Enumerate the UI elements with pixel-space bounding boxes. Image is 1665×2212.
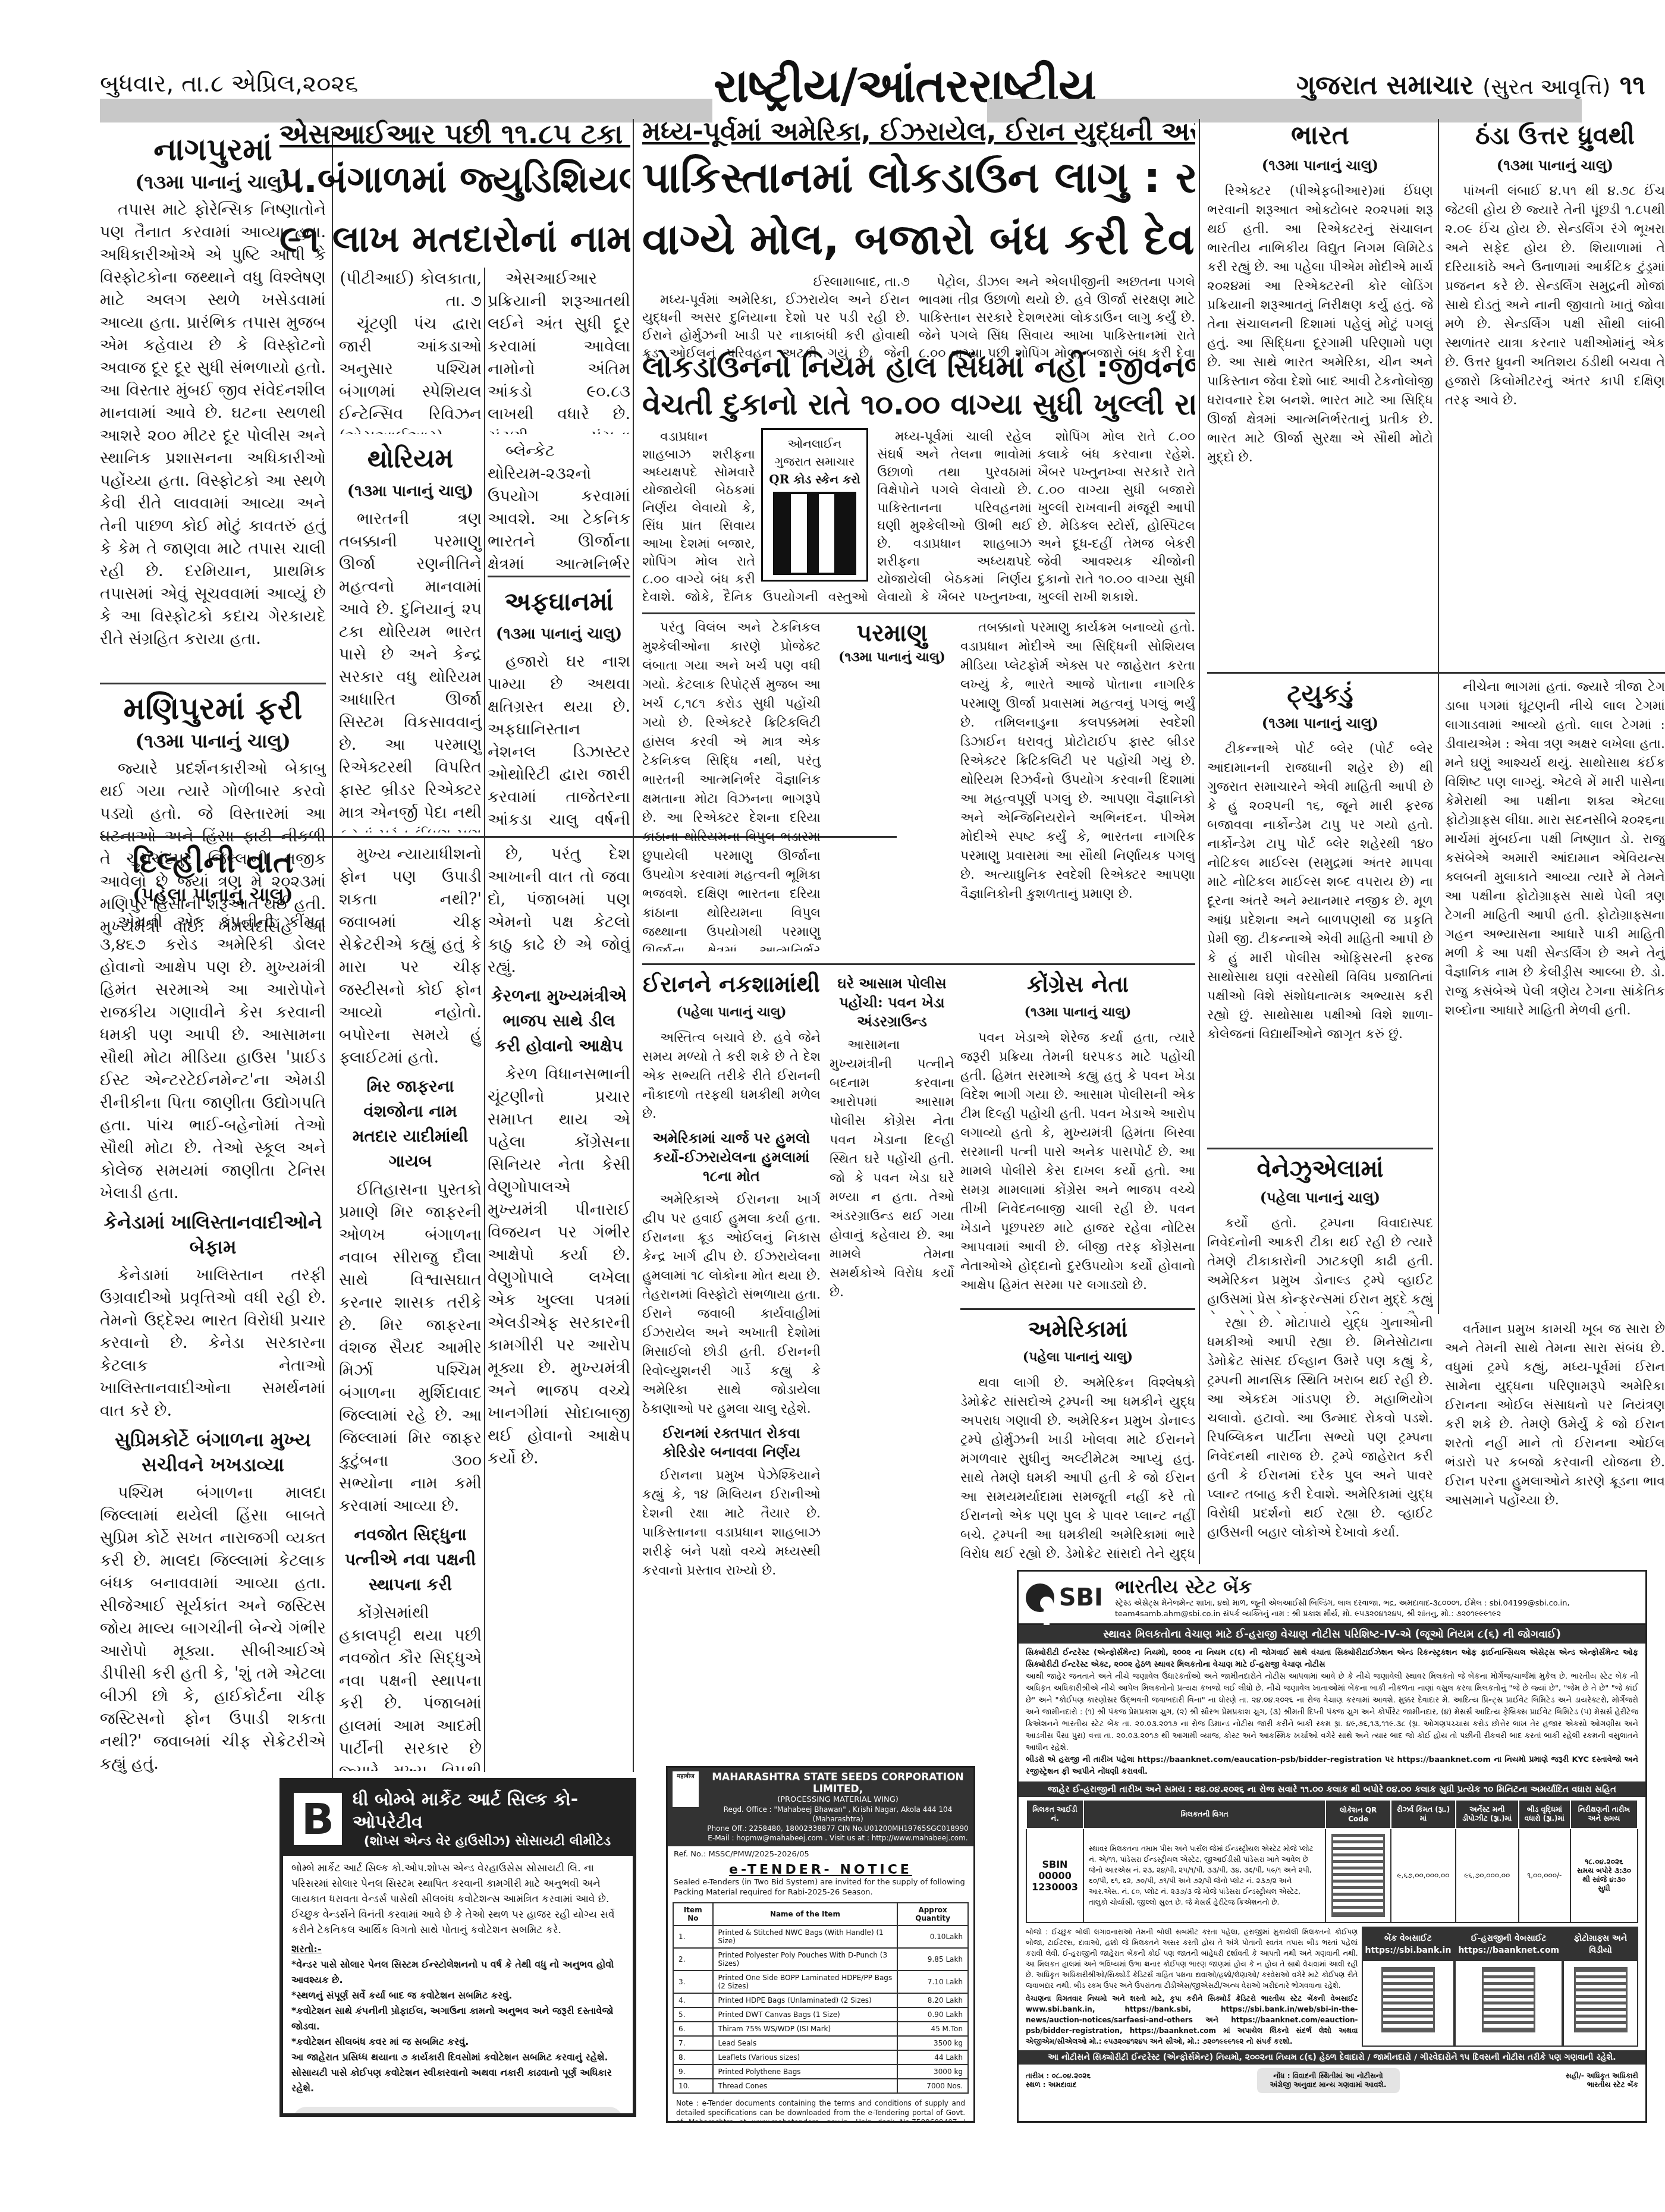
ad-subtitle: (શોપ્સ એન્ડ વેર હાઉસીઝ) સોસાયટી લીમીટેડ xyxy=(353,1834,622,1849)
ad-intro: બોમ્બે માર્કેટ આર્ટ સિલ્ક કો.ઓપ.શોપ્સ એન… xyxy=(291,1861,624,1938)
article-body: પવન ખેડાએ શેરેજ કર્યા હતા, ત્યારે જરૂરી … xyxy=(960,1029,1195,1295)
link-label: ઈ-હરાજીની વેબસાઈટ xyxy=(1458,1933,1559,1944)
item-no: 2. xyxy=(673,1948,713,1971)
subheading: મિર જાફરના વંશજોના નામ મતદાર યાદીમાંથી ગ… xyxy=(339,1074,482,1174)
continuation-label: (પહેલા પાનાનું ચાલુ) xyxy=(642,999,821,1025)
item-no: 7. xyxy=(673,2036,713,2050)
article-afghan: અફઘાનમાં (૧૩મા પાનાનું ચાલુ) હજારો ઘર ના… xyxy=(488,583,630,832)
item-qty: 0.10Lakh xyxy=(897,1925,968,1948)
pakistan-headline-1: પાકિસ્તાનમાં લોકડાઉન લાગુ : રાતે ૮ xyxy=(642,146,1195,208)
item-name: Printed Polythene Bags xyxy=(713,2065,898,2079)
table-row: 5.Printed DWT Canvas Bags (1 Size)0.90 L… xyxy=(673,2007,968,2022)
item-no: 8. xyxy=(673,2050,713,2065)
continuation-label: (પહેલા પાનાનું ચાલુ) xyxy=(960,1344,1195,1370)
subheading: કેરળના મુખ્યમંત્રીએ ભાજપ સાથે ડીલ કરી હો… xyxy=(488,984,630,1058)
bank-address: સ્ટ્રેસ્ડ એસેટ્સ મેનેજમેન્ટ શાખા, ૪થો મા… xyxy=(1115,1598,1638,1620)
article-body: પાંખની લંબાઈ ૪.૫૧ થી ૪.૭૮ ઈંચ જેટલી હોય … xyxy=(1445,182,1665,410)
office-address: Regd. Office : "Mahabeej Bhawan" , Krish… xyxy=(707,1805,969,1824)
article-body: આસામના મુખ્યમંત્રીની પત્નીને બદનામ કરવાન… xyxy=(830,1036,954,1302)
fifteen-day-notice-banner: આ નોટીસને સિક્યોરીટી ઈન્ટરેસ્ટ (એન્ફોર્સ… xyxy=(1019,2050,1645,2065)
divider xyxy=(642,612,1195,614)
term-item: *કવોટેશન સીલબંધ કવર માં જ સબમિટ કરવું. xyxy=(291,2034,624,2050)
auction-date-banner: જાહેર ઈ-હરાજીની તારીખ અને સમય : ૨૪.૦૪.૨૦… xyxy=(1019,1781,1645,1797)
continuation-label: (૧૩મા પાનાનું ચાલુ) xyxy=(339,478,482,504)
property-table: મિલકત આઈડી નં. મિલકતની વિગત લોકેશન QR Co… xyxy=(1026,1799,1638,1923)
item-qty: 3000 kg xyxy=(897,2065,968,2079)
ad-header: SBI ભારતીય સ્ટેટ બેંક સ્ટ્રેસ્ડ એસેટ્સ મ… xyxy=(1019,1572,1645,1625)
article-kerala: છે, પરંતુ દેશ આખાની વાત તો જવા દો, પંજાબ… xyxy=(488,843,630,1771)
subheading: નવજોત સિદ્ધુના પત્નીએ નવા પક્ષની સ્થાપના… xyxy=(339,1522,482,1597)
ad-title: ધી બોમ્બે માર્કેટ આર્ટ સિલ્ક કો-ઓપરેટીવ xyxy=(353,1789,622,1834)
item-qty: 9.85 Lakh xyxy=(897,1948,968,1971)
article-body: કેરળ વિધાનસભાની ચૂંટણીનો પ્રચાર સમાપ્ત થ… xyxy=(488,1063,630,1470)
eauction-website-link[interactable]: ઈ-હરાજીની વેબસાઈટhttps://baanknet.com xyxy=(1454,1927,1563,2047)
notice-date: તારીખ : ૦૮.૦૪.૨૦૨૬ xyxy=(1026,2072,1091,2081)
article-body: ઈરાનના પ્રમુખ પેઝેશ્કિયાને કહ્યું કે, ૧૪… xyxy=(642,1466,821,1581)
bengal-body-left: (પીટીઆઈ) કોલકાતા, તા. ૭ ચૂંટણી પંચ દ્વાર… xyxy=(339,268,482,434)
article-venezuela-cont: વર્તમાન પ્રમુખ કામચી ખૂબ જ સારા છે અને ત… xyxy=(1445,1320,1665,1564)
pakistan-subhead-1: લોકડાઉનનો નિયમ હાલ સિંધમાં નહીં :જીવનજરૂ… xyxy=(642,348,1195,386)
term-item: *કવોટેશન સાથે કંપનીની પ્રોફાઈલ, અગાઉના ક… xyxy=(291,2003,624,2034)
term-item: સોસાયટી પાસે કોઈપણ કવોટેશન સ્વીકારવાનો અ… xyxy=(291,2065,624,2096)
ad-footer: તારીખ : ૦૮.૦૪.૨૦૨૬ સ્થળ : અમદાવાદ નોંધ :… xyxy=(1019,2065,1645,2097)
table-row: 6.Thiram 75% WS/WDP (ISI Mark)45 M.Ton xyxy=(673,2022,968,2036)
link-url: https://sbi.bank.in xyxy=(1365,1944,1452,1956)
col-quantity: Approx Quantity xyxy=(897,1903,968,1925)
article-title: અફઘાનમાં xyxy=(488,583,630,621)
property-id: SBIN 00000 1230003 xyxy=(1026,1828,1083,1922)
article-body: છે, પરંતુ દેશ આખાની વાત તો જવા દો, પંજાબ… xyxy=(488,843,630,979)
pakistan-headline-2: વાગ્યે મોલ, બજારો બંધ કરી દેવા આદેશ xyxy=(642,208,1195,270)
notice-banner: સ્થાવર મિલકતોના વેચાણ માટે ઈ-હરાજી વેચાણ… xyxy=(1019,1625,1645,1644)
col-description: મિલકતની વિગત xyxy=(1083,1800,1325,1828)
article-body: કેનેડામાં ખાલિસ્તાન તરફી ઉગ્રવાદીઓ પ્રવૃ… xyxy=(100,1264,326,1422)
item-qty: 44 Lakh xyxy=(897,2050,968,2065)
item-no: 6. xyxy=(673,2022,713,2036)
link-label: ફોટોગ્રાફ્સ અને વિડીયો xyxy=(1566,1933,1635,1956)
article-north-pole: ઠંડા ઉત્તર ધ્રુવથી (૧૩મા પાનાનું ચાલુ) પ… xyxy=(1445,119,1665,666)
article-body: ટીકન્નાએ પોર્ટ બ્લેર (પોર્ટ બ્લેર આંદામા… xyxy=(1207,740,1433,1044)
notice-title: e-TENDER- NOTICE xyxy=(668,1862,973,1877)
item-qty: 7000 Nos. xyxy=(897,2079,968,2093)
article-body: અસ્તિત્વ બચાવે છે. હવે જેને સમય મળ્યો તે… xyxy=(642,1029,821,1124)
bid-increment: ૧,૦૦,૦૦૦/- xyxy=(1519,1828,1570,1922)
table-row: 9.Printed Polythene Bags3000 kg xyxy=(673,2065,968,2079)
col-bid-increment: બીડ વૃદ્ધિમાં વધારો (રૂા.)માં xyxy=(1519,1800,1570,1828)
article-body: ચૂંટણી પંચ દ્વારા જારી આંકડાઓ અનુસાર પશ્… xyxy=(339,313,482,434)
bombay-market-logo-icon: B xyxy=(294,1793,342,1845)
company-name: MAHARASHTRA STATE SEEDS CORPORATION LIMI… xyxy=(707,1771,969,1795)
item-name: Lead Seals xyxy=(713,2036,898,2050)
bengal-headline-2: ૯૧ લાખ મતદારોનાં નામ દૂર કરાયા xyxy=(279,209,630,269)
table-row: 2.Printed Polyester Poly Pouches With D-… xyxy=(673,1948,968,1971)
article-body: શોપિંગ મોલ રાતે ૮.૦૦ કલાકે બંધ કરવાના રહ… xyxy=(1038,428,1195,607)
notice-subhead: સિક્યોરીટી ઈન્ટરેસ્ટ (એન્ફોર્સમેન્ટ) નિય… xyxy=(1026,1647,1638,1671)
sbi-logo-icon: SBI xyxy=(1026,1580,1103,1616)
article-body: ઈતિહાસના પુસ્તકો પ્રમાણે મિર જાફરની ઓળખ … xyxy=(339,1179,482,1517)
notice-place: સ્થળ : અમદાવાદ xyxy=(1026,2081,1091,2090)
item-no: 10. xyxy=(673,2079,713,2093)
continuation-label: (૧૩મા પાનાનું ચાલુ) xyxy=(100,728,326,754)
article-title: વેનેઝુએલામાં xyxy=(1207,1154,1433,1184)
qr-code-icon xyxy=(1331,1834,1385,1917)
translation-note: નોંધ : વિવાદની સ્થિતીમાં આ નોટીસનો અંગ્ર… xyxy=(1257,2068,1400,2093)
subheading: ઈરાનમાં રક્તપાત રોકવા કોરિડોર બનાવવા નિર… xyxy=(642,1424,821,1462)
col-item-no: Item No xyxy=(673,1903,713,1925)
notice-intro: Sealed e-Tenders (in Two Bid System) are… xyxy=(668,1877,973,1902)
article-body: એમની એક કંપનીની કીંમત ૩,૪૬૭ કરોડ અમેરિકી… xyxy=(100,911,326,1205)
address-line-1: જૂની બોમ્બે માર્કેટ ઓફિસ, ઉમરવાડા, સ્મીમ… xyxy=(301,2115,615,2117)
article-pawan-khera: ઘરે આસામ પોલીસ પહોંચી: પવન ખેડા અંડરગ્રા… xyxy=(830,969,954,1766)
item-no: 9. xyxy=(673,2065,713,2079)
bombay-market-ad: B ધી બોમ્બે માર્કેટ આર્ટ સિલ્ક કો-ઓપરેટી… xyxy=(279,1778,636,2117)
article-title: ટ્યુકડું xyxy=(1207,678,1433,710)
subheading: અમેરિકામાં ચાર્જ પર હુમલો કર્યો-ઈઝરાયેલન… xyxy=(642,1129,821,1186)
article-title: ઈરાનને નકશામાંથી xyxy=(642,969,821,999)
tender-note: Note : e-Tender documents containing the… xyxy=(668,2094,973,2123)
sbi-logo-text: SBI xyxy=(1059,1584,1103,1611)
terms-section: બોજો : ઈચ્છુક બોલી લગાવનારાઓ તેમની બોલી … xyxy=(1026,1927,1358,2047)
divider xyxy=(642,963,1195,965)
item-no: 5. xyxy=(673,2007,713,2022)
continuation-label: (૧૩મા પાનાનું ચાલુ) xyxy=(830,648,954,666)
ad-header: महाबीज MAHARASHTRA STATE SEEDS CORPORATI… xyxy=(668,1768,973,1846)
subheading: સુપ્રિમકોર્ટે બંગાળના મુખ્ય સચીવને ખખડાવ… xyxy=(100,1427,326,1477)
inspection-time: ૧૮.૦૪.૨૦૨૬ સમય બપોરે ૩:૩૦ થી સાંજે ૪:૩૦ … xyxy=(1570,1828,1638,1922)
article-body: હજારો ઘર નાશ પામ્યા છે અથવા ક્ષતિગ્રસ્ત … xyxy=(488,651,630,832)
item-qty: 8.20 Lakh xyxy=(897,1993,968,2007)
article-body: મધ્ય-પૂર્વમાં ચાલી રહેલ સંઘર્ષ અને તેલના… xyxy=(877,428,1032,607)
email: E-Mail : hopmw@mahabeej.com . Visit us a… xyxy=(707,1833,969,1843)
reference-number: Ref. No.: MSSC/PMW/2025-2026/05 xyxy=(668,1846,973,1862)
item-qty: 3500 kg xyxy=(897,2036,968,2050)
col-emd: અર્નેસ્ટ મની ડીપોઝીટ (રૂા.)માં xyxy=(1456,1800,1519,1828)
col-inspection: નિરીક્ષણની તારીખ અને સમય xyxy=(1570,1800,1638,1828)
article-body: કર્યો હતો. ટ્રમ્પના વિવાદાસ્પદ નિવેદનોની… xyxy=(1207,1214,1433,1314)
article-parmanu-right: તબક્કાનો પરમાણુ કાર્યક્રમ બનાવ્યો હતો. વ… xyxy=(960,618,1195,951)
property-description: સ્થાવર મિલકતના તમામ પીસ અને પાર્સલ જેમાં… xyxy=(1083,1828,1325,1922)
table-row: 3.Printed One Side BOPP Laminated HDPE/P… xyxy=(673,1971,968,1993)
item-no: 3. xyxy=(673,1971,713,1993)
terms-note: વેચાણના વિગતવાર નિયમો અને શરતો માટે, કૃપ… xyxy=(1026,1993,1358,2047)
article-tapu: ટ્યુકડું (૧૩મા પાનાનું ચાલુ) ટીકન્નાએ પો… xyxy=(1207,678,1433,1142)
col-reserve-price: રીઝર્વ કિંમત (રૂા.) માં xyxy=(1391,1800,1456,1828)
item-name: Printed & Stitched NWC Bags (With Handle… xyxy=(713,1925,898,1948)
item-no: 4. xyxy=(673,1993,713,2007)
bank-name: ભારતીય સ્ટેટ બેંક xyxy=(1115,1575,1638,1598)
article-body: રિએક્ટર (પીએફબીઆર)માં ઈંધણ ભરવાની શરૂઆત … xyxy=(1207,182,1433,467)
continuation-label: (૧૩મા પાનાનું ચાલુ) xyxy=(1207,152,1433,178)
ad-address: જૂની બોમ્બે માર્કેટ ઓફિસ, ઉમરવાડા, સ્મીમ… xyxy=(293,2107,623,2117)
col-property-id: મિલકત આઈડી નં. xyxy=(1026,1800,1083,1828)
continuation-label: (પહેલા પાનાનું ચાલુ) xyxy=(100,881,326,907)
table-row: 1.Printed & Stitched NWC Bags (With Hand… xyxy=(673,1925,968,1948)
items-table: Item No Name of the Item Approx Quantity… xyxy=(673,1902,969,2094)
article-iran-map: ઈરાનને નકશામાંથી (પહેલા પાનાનું ચાલુ) અસ… xyxy=(642,969,821,1766)
item-name: Printed HDPE Bags (Unlaminated) (2 Sizes… xyxy=(713,1993,898,2007)
photos-videos-link[interactable]: ફોટોગ્રાફ્સ અને વિડીયો xyxy=(1563,1927,1638,2047)
bank-website-link[interactable]: બેંક વેબસાઈટhttps://sbi.bank.in xyxy=(1362,1927,1455,2047)
item-name: Thread Cones xyxy=(713,2079,898,2093)
qr-code-icon xyxy=(773,492,856,575)
dateline: ઈસ્લામાબાદ, તા.૭ xyxy=(642,274,910,291)
pakistan-kicker: મધ્ય-પૂર્વમાં અમેરિકા, ઈઝરાયેલ, ઈરાન યુદ… xyxy=(642,117,1195,147)
article-title: થોરિયમ xyxy=(339,440,482,478)
bengal-headline-1: પ.બંગાળમાં જ્યુડિશિયલ તપાસ પછી xyxy=(279,150,630,209)
qr-code-box[interactable]: ઓનલાઈન ગુજરાત સમાચાર QR કોડ સ્કેન કરો xyxy=(761,428,868,582)
article-title: પરમાણુ xyxy=(830,618,954,648)
article-body: બ્લેન્કેટ થોરિયમ-૨૩૨નો ઉપયોગ કરવામાં આવશ… xyxy=(488,440,630,571)
divider xyxy=(1207,1148,1433,1149)
edition: (સુરત આવૃત્તિ) xyxy=(1482,75,1610,99)
mahabeej-logo-icon: महाबीज xyxy=(673,1771,699,1807)
article-north-pole-cont: નીચેના ભાગમાં હતાં. જ્યારે ત્રીજા ટેગ ડા… xyxy=(1445,678,1665,1314)
article-title: ભારત xyxy=(1207,119,1433,152)
item-qty: 45 M.Ton xyxy=(897,2022,968,2036)
links-grid: બેંક વેબસાઈટhttps://sbi.bank.in ઈ-હરાજીન… xyxy=(1362,1927,1638,2047)
article-parmanu: પરમાણુ (૧૩મા પાનાનું ચાલુ) xyxy=(830,618,954,951)
item-name: Printed Polyester Poly Pouches With D-Pu… xyxy=(713,1948,898,1971)
table-row: SBIN 00000 1230003 સ્થાવર મિલકતના તમામ પ… xyxy=(1026,1828,1638,1922)
sbi-auction-ad: SBI ભારતીય સ્ટેટ બેંક સ્ટ્રેસ્ડ એસેટ્સ મ… xyxy=(1017,1570,1647,2123)
article-congress: કોંગ્રેસ નેતા (૧૩મા પાનાનું ચાલુ) પવન ખે… xyxy=(960,969,1195,1302)
bidder-note: બીડરો એ હરાજી ની તારીખ પહેલા https://baa… xyxy=(1026,1754,1638,1778)
emd-amount: ૯૬,૭૦,૦૦૦.૦૦ xyxy=(1456,1828,1519,1922)
table-row: 8.Leaflets (Various sizes)44 Lakh xyxy=(673,2050,968,2065)
divider xyxy=(488,576,630,577)
pakistan-body-1: ઓનલાઈન ગુજરાત સમાચાર QR કોડ સ્કેન કરો વડ… xyxy=(642,428,868,607)
ad-body: બોમ્બે માર્કેટ આર્ટ સિલ્ક કો.ઓપ.શોપ્સ એન… xyxy=(283,1856,633,2101)
continuation-label: (૧૩મા પાનાનું ચાલુ) xyxy=(1207,710,1433,736)
subheading: ઘરે આસામ પોલીસ પહોંચી: પવન ખેડા અંડરગ્રા… xyxy=(830,974,954,1031)
encumbrance-note: બોજો : ઈચ્છુક બોલી લગાવનારાઓ તેમની બોલી … xyxy=(1026,1927,1358,1991)
masthead: ગુજરાત સમાચાર (સુરત આવૃત્તિ) ૧૧ xyxy=(1296,70,1645,100)
article-mir-jafar: મુખ્ય ન્યાયાધીશનો ફોન પણ ઉપાડી શકતા નથી?… xyxy=(339,843,482,1771)
term-item: આ જાહેરાત પ્રસિધ્ધ થયાના ૭ કાર્યકારી દિવ… xyxy=(291,2050,624,2065)
article-body: મુખ્ય ન્યાયાધીશનો ફોન પણ ઉપાડી શકતા નથી?… xyxy=(339,843,482,1069)
item-name: Printed DWT Canvas Bags (1 Size) xyxy=(713,2007,898,2022)
article-body: રહ્યા છે. મોટાપાયે યુદ્ધ ગુનાઓની ધમકીઓ આ… xyxy=(1207,1314,1433,1542)
item-qty: 7.10 Lakh xyxy=(897,1971,968,1993)
article-body: અમેરિકાએ ઈરાનના ખાર્ગ દ્વીપ પર હવાઈ હુમલ… xyxy=(642,1190,821,1419)
term-item: *સ્થળનું સંપૂર્ણ સર્વે કર્યા બાદ જ કવોટે… xyxy=(291,1988,624,2003)
column-rule xyxy=(633,119,634,1772)
item-name: Leaflets (Various sizes) xyxy=(713,2050,898,2065)
qr-caption: QR કોડ સ્કેન કરો xyxy=(768,470,862,488)
signatory-2: ભારતીય સ્ટેટ બેંક xyxy=(1566,2081,1638,2090)
item-name: Thiram 75% WS/WDP (ISI Mark) xyxy=(713,2022,898,2036)
article-body: કોંગ્રેસમાંથી હકાલપટ્ટી થયા પછી નવજોત કૌ… xyxy=(339,1602,482,1771)
notice-body: સિક્યોરીટી ઈન્ટરેસ્ટ (એન્ફોર્સમેન્ટ) નિય… xyxy=(1019,1644,1645,1781)
pakistan-body-2: મધ્ય-પૂર્વમાં ચાલી રહેલ સંઘર્ષ અને તેલના… xyxy=(877,428,1032,607)
reserve-price: ૯,૬૭,૦૦,૦૦૦.૦૦ xyxy=(1391,1828,1456,1922)
notice-text: આથી જાહેર જનતાને અને નીચે જણાવેલ ઉધારકર્… xyxy=(1026,1671,1638,1754)
article-body: પરંતુ વિલંબ અને ટેકનિકલ મુશ્કેલીઓના કારણ… xyxy=(642,618,821,951)
continuation-label: (૧૩મા પાનાનું ચાલુ) xyxy=(488,621,630,647)
dateline: (પીટીઆઈ) કોલકાતા, તા. ૭ xyxy=(339,268,482,313)
pakistan-subhead-2: વેચતી દુકાનો રાતે ૧૦.૦૦ વાગ્યા સુધી ખુલ્… xyxy=(642,385,1195,423)
article-title: દિલ્હીની વાત xyxy=(100,843,326,881)
bengal-body-right: એસઆઈઆર પ્રક્રિયાની શરૂઆતથી લઈને અંત સુધી… xyxy=(488,268,630,434)
continuation-label: (૧૩મા પાનાનું ચાલુ) xyxy=(1445,152,1665,178)
qr-code-icon xyxy=(1381,1967,1435,2032)
article-title: કોંગ્રેસ નેતા xyxy=(960,969,1195,999)
article-title: ઠંડા ઉત્તર ધ્રુવથી xyxy=(1445,119,1665,152)
qr-code-icon xyxy=(1482,1967,1535,2032)
term-item: *વેન્ડર પાસે સોલાર પેનલ સિસ્ટમ ઈન્સ્ટોલે… xyxy=(291,1957,624,1988)
col-qr: લોકેશન QR Code xyxy=(1325,1800,1391,1828)
column-rule xyxy=(484,268,485,1772)
qr-label: ઓનલાઈન ગુજરાત સમાચાર xyxy=(768,435,862,470)
location-qr[interactable] xyxy=(1325,1828,1391,1922)
article-body: તબક્કાનો પરમાણુ કાર્યક્રમ બનાવ્યો હતો. વ… xyxy=(960,618,1195,904)
article-body: વર્તમાન પ્રમુખ કામચી ખૂબ જ સારા છે અને ત… xyxy=(1445,1320,1665,1510)
article-america-cont: રહ્યા છે. મોટાપાયે યુદ્ધ ગુનાઓની ધમકીઓ આ… xyxy=(1207,1314,1433,1564)
article-body: પશ્ચિમ બંગાળના માલદા જિલ્લામાં થયેલી હિં… xyxy=(100,1482,326,1776)
article-title: મણિપુરમાં ફરી xyxy=(100,690,326,728)
qr-code-icon xyxy=(1574,1967,1628,2032)
page-number: ૧૧ xyxy=(1620,70,1645,100)
link-url: https://baanknet.com xyxy=(1458,1944,1559,1956)
continuation-label: (પહેલા પાનાનું ચાલુ) xyxy=(1207,1184,1433,1211)
paper-name: ગુજરાત સમાચાર xyxy=(1296,70,1474,100)
table-row: 4.Printed HDPE Bags (Unlaminated) (2 Siz… xyxy=(673,1993,968,2007)
article-venezuela: વેનેઝુએલામાં (પહેલા પાનાનું ચાલુ) કર્યો … xyxy=(1207,1154,1433,1314)
col-item-name: Name of the Item xyxy=(713,1903,898,1925)
article-thorium: થોરિયમ (૧૩મા પાનાનું ચાલુ) ભારતની ત્રણ ત… xyxy=(339,440,482,832)
article-bharat: ભારત (૧૩મા પાનાનું ચાલુ) રિએક્ટર (પીએફબી… xyxy=(1207,119,1433,666)
phone: Phone Off.: 2258480, 18002338877 CIN No.… xyxy=(707,1824,969,1833)
continuation-label: (૧૩મા પાનાનું ચાલુ) xyxy=(960,999,1195,1025)
divider xyxy=(960,1308,1195,1310)
divider xyxy=(100,683,326,684)
divider xyxy=(1207,672,1665,674)
ad-header: B ધી બોમ્બે માર્કેટ આર્ટ સિલ્ક કો-ઓપરેટી… xyxy=(283,1781,633,1856)
terms-heading: શરતો:- xyxy=(291,1941,624,1957)
issue-date: બુધવાર, તા.૮ એપ્રિલ,૨૦૨૬ xyxy=(100,70,358,98)
column-rule xyxy=(1438,119,1439,1314)
signatory-1: સહી/- અધિકૃત અધિકારી xyxy=(1566,2072,1638,2081)
article-body: નીચેના ભાગમાં હતાં. જ્યારે ત્રીજા ટેગ ડા… xyxy=(1445,678,1665,1020)
article-america: અમેરિકામાં (પહેલા પાનાનું ચાલુ) થવા લાગી… xyxy=(960,1314,1195,1564)
pakistan-body-3: શોપિંગ મોલ રાતે ૮.૦૦ કલાકે બંધ કરવાના રહ… xyxy=(1038,428,1195,607)
article-thorium-cont: બ્લેન્કેટ થોરિયમ-૨૩૨નો ઉપયોગ કરવામાં આવશ… xyxy=(488,440,630,571)
subheading: કેનેડામાં ખાલિસ્તાનવાદીઓને બેફામ xyxy=(100,1209,326,1259)
article-body: એસઆઈઆર પ્રક્રિયાની શરૂઆતથી લઈને અંત સુધી… xyxy=(488,268,630,434)
sbi-keyhole-icon xyxy=(1026,1583,1054,1612)
item-qty: 0.90 Lakh xyxy=(897,2007,968,2022)
company-wing: (PROCESSING MATERIAL WING) xyxy=(707,1795,969,1805)
item-name: Printed One Side BOPP Laminated HDPE/PP … xyxy=(713,1971,898,1993)
bengal-kicker: એસઆઈઆર પછી ૧૧.૮૫ ટકા મતદારો હટાવાયા xyxy=(279,118,630,151)
article-body: થવા લાગી છે. અમેરિકન વિશ્લેષકો ડેમોક્રેટ… xyxy=(960,1374,1195,1564)
article-title: અમેરિકામાં xyxy=(960,1314,1195,1344)
item-no: 1. xyxy=(673,1925,713,1948)
link-label: બેંક વેબસાઈટ xyxy=(1365,1933,1452,1944)
article-parmanu-left: પરંતુ વિલંબ અને ટેકનિકલ મુશ્કેલીઓના કારણ… xyxy=(642,618,821,951)
article-body: ભારતની ત્રણ તબક્કાની પરમાણુ ઊર્જા રણનીતિ… xyxy=(339,508,482,832)
table-row: 7.Lead Seals3500 kg xyxy=(673,2036,968,2050)
mssc-tender-ad: महाबीज MAHARASHTRA STATE SEEDS CORPORATI… xyxy=(666,1766,975,2123)
column-rule xyxy=(1199,119,1200,1564)
table-row: 10.Thread Cones7000 Nos. xyxy=(673,2079,968,2093)
